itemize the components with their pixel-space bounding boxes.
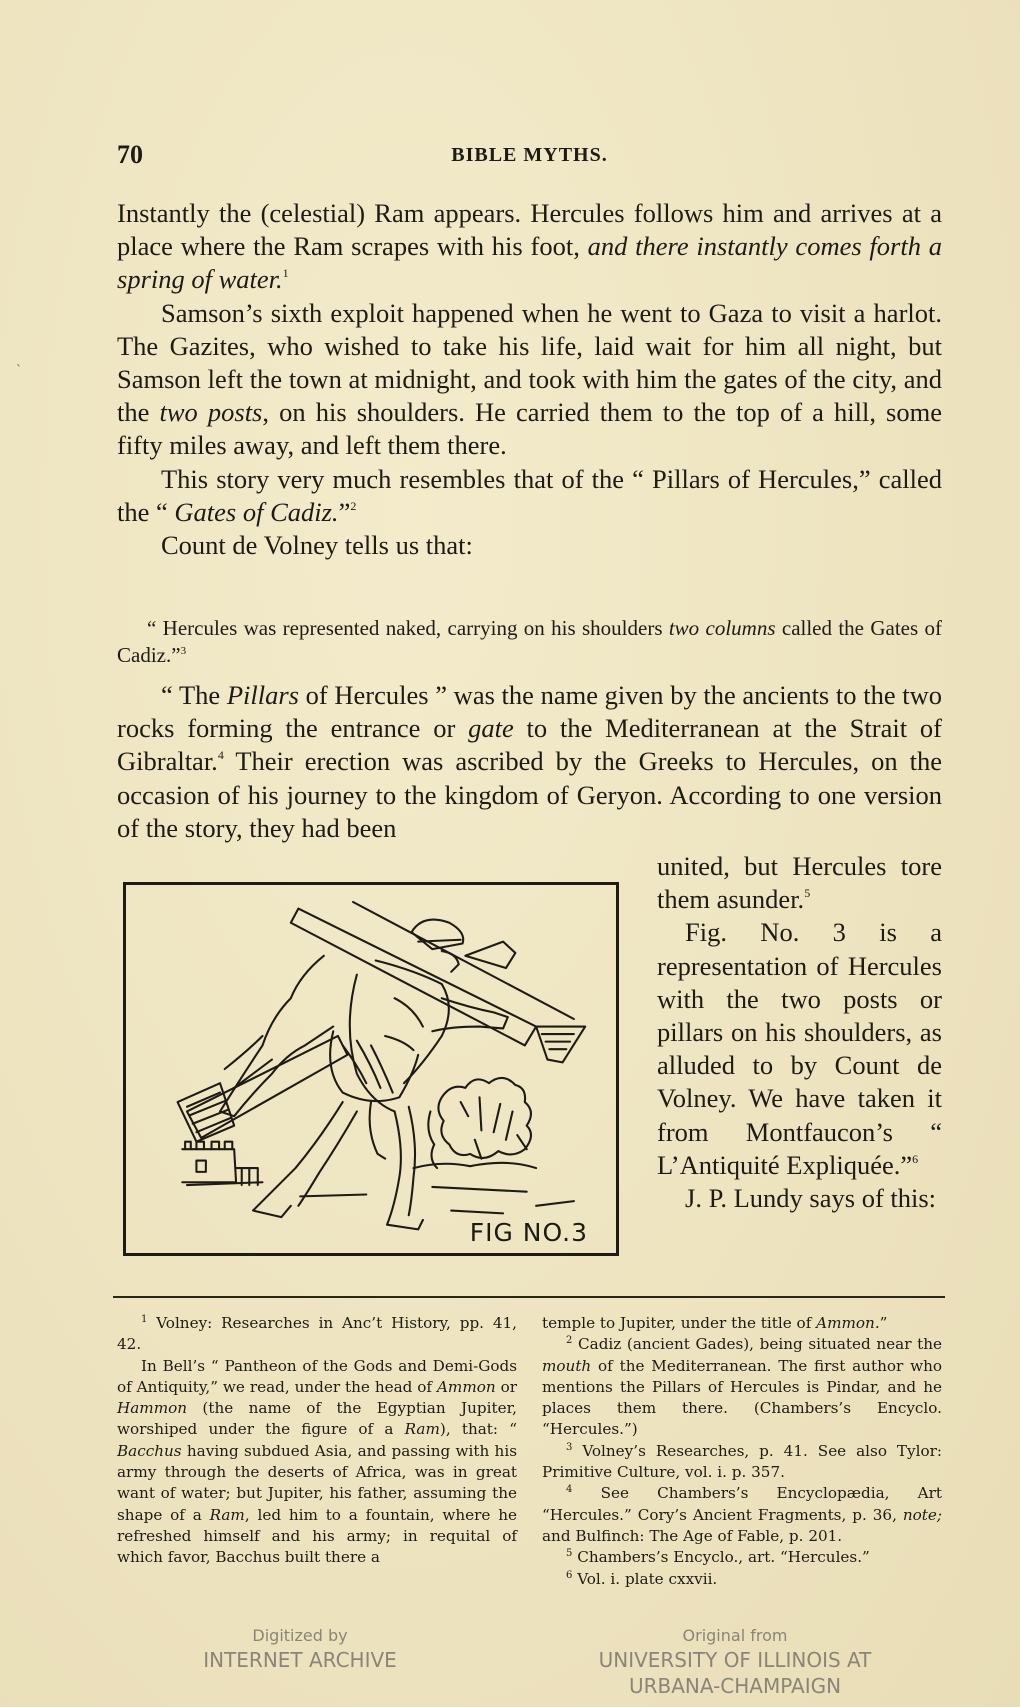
footnote-ref-2[interactable]: 2 — [350, 499, 356, 513]
footnote-ref-5[interactable]: 5 — [804, 886, 810, 900]
watermark-original-from: Original from UNIVERSITY OF ILLINOIS AT … — [570, 1625, 900, 1699]
block-quote: “ Hercules was represented naked, carryi… — [117, 615, 942, 669]
footnote-5: 5 Chambers’s Encyclo., art. “Hercules.” — [542, 1547, 942, 1568]
running-head: 70 BIBLE MYTHS. — [117, 140, 942, 170]
paragraph-ram: Instantly the (celestial) Ram appears. H… — [117, 197, 942, 297]
footnotes: 1 Volney: Researches in Anc’t History, p… — [117, 1313, 942, 1583]
footnote-ref-3[interactable]: 3 — [181, 645, 187, 657]
main-text-2: “ The Pillars of Hercules ” was the name… — [117, 679, 942, 845]
figure-caption: FIG NO.3 — [470, 1218, 588, 1247]
footnote-6: 6 Vol. i. plate cxxvii. — [542, 1569, 942, 1590]
paragraph-figure-ref: Fig. No. 3 is a representation of Hercul… — [657, 916, 942, 1182]
footnotes-right-column: temple to Jupiter, under the title of Am… — [542, 1313, 942, 1590]
footnote-divider — [113, 1296, 945, 1298]
footnote-ref-6[interactable]: 6 — [912, 1152, 918, 1166]
stray-mark: ` — [16, 363, 22, 377]
footnote-4: 4 See Chambers’s Encyclopædia, Art “Herc… — [542, 1483, 942, 1547]
paragraph-volney: Count de Volney tells us that: — [117, 529, 942, 562]
footnote-3: 3 Volney’s Researches, p. 41. See also T… — [542, 1441, 942, 1484]
figure-hercules-pillars: FIG NO.3 — [123, 882, 619, 1256]
watermark-digitized-by: Digitized by INTERNET ARCHIVE — [180, 1625, 420, 1673]
footnote-2: 2 Cadiz (ancient Gades), being situated … — [542, 1334, 942, 1440]
footnote-ref-1[interactable]: 1 — [283, 266, 289, 280]
footnote-1-bell: In Bell’s “ Pantheon of the Gods and Dem… — [117, 1356, 517, 1569]
paragraph-samson: Samson’s sixth exploit happened when he … — [117, 297, 942, 463]
running-title: BIBLE MYTHS. — [117, 144, 942, 167]
book-page: ` 70 BIBLE MYTHS. Instantly the (celesti… — [0, 0, 1020, 1707]
hercules-illustration — [126, 885, 616, 1253]
main-text: Instantly the (celestial) Ram appears. H… — [117, 197, 942, 562]
paragraph-lundy: J. P. Lundy says of this: — [657, 1182, 942, 1215]
footnote-1: 1 Volney: Researches in Anc’t History, p… — [117, 1313, 517, 1356]
paragraph-pillars: This story very much resembles that of t… — [117, 463, 942, 529]
footnote-1-continued: temple to Jupiter, under the title of Am… — [542, 1313, 942, 1334]
footnotes-left-column: 1 Volney: Researches in Anc’t History, p… — [117, 1313, 517, 1569]
paragraph-gibraltar: “ The Pillars of Hercules ” was the name… — [117, 679, 942, 845]
wrapped-text-column: united, but Hercules tore them asunder.5… — [657, 850, 942, 1215]
